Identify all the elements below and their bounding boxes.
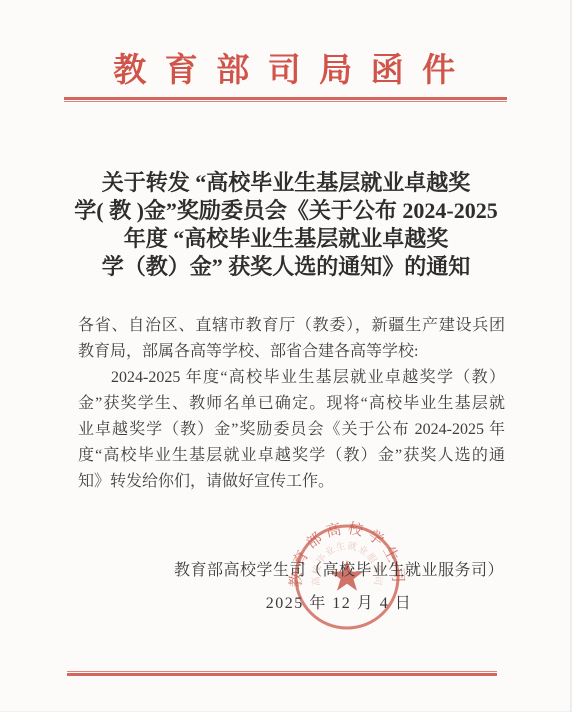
- document-title: 关于转发 “高校毕业生基层就业卓越奖 学( 教 )金”奖励委员会《关于公布 20…: [36, 169, 536, 281]
- divider-thin-line: [67, 671, 497, 672]
- issuing-department: 教育部高校学生司（高校毕业生就业服务司）: [174, 557, 504, 580]
- title-line: 关于转发 “高校毕业生基层就业卓越奖: [36, 169, 536, 197]
- divider-thick-line: [67, 673, 497, 676]
- body-line: 教育局，部属各高等学校、部省合建各高等学校:: [78, 339, 505, 365]
- title-line: 学（教）金” 获奖人选的通知》的通知: [36, 253, 536, 281]
- body-line: 各省、自治区、直辖市教育厅（教委），新疆生产建设兵团: [78, 313, 505, 339]
- body-line: 金”获奖学生、教师名单已确定。现将“高校毕业生基层就: [78, 391, 505, 417]
- document-body: 各省、自治区、直辖市教育厅（教委），新疆生产建设兵团 教育局，部属各高等学校、部…: [78, 313, 505, 495]
- signature-block: 教育部高校学生司（高校毕业生就业服务司） 2025 年 12 月 4 日: [174, 557, 504, 613]
- title-line: 学( 教 )金”奖励委员会《关于公布 2024-2025: [36, 197, 536, 225]
- footer-divider: [67, 671, 497, 676]
- body-line: 度“高校毕业生基层就业卓越奖学（教）金”获奖人选的通: [78, 443, 505, 469]
- issue-date: 2025 年 12 月 4 日: [174, 590, 504, 613]
- body-line: 知》转发给你们，请做好宣传工作。: [78, 469, 505, 495]
- body-line: 业卓越奖学（教）金”奖励委员会《关于公布 2024-2025 年: [78, 417, 505, 443]
- divider-thick-line: [64, 97, 507, 100]
- letterhead-title: 教育部司局函件: [0, 44, 572, 91]
- title-line: 年度 “高校毕业生基层就业卓越奖: [36, 225, 536, 253]
- divider-thin-line: [64, 101, 507, 102]
- letterhead-divider: [64, 97, 507, 102]
- document-page: 教育部司局函件 关于转发 “高校毕业生基层就业卓越奖 学( 教 )金”奖励委员会…: [0, 0, 572, 712]
- body-line: 2024-2025 年度“高校毕业生基层就业卓越奖学（教）: [78, 365, 505, 391]
